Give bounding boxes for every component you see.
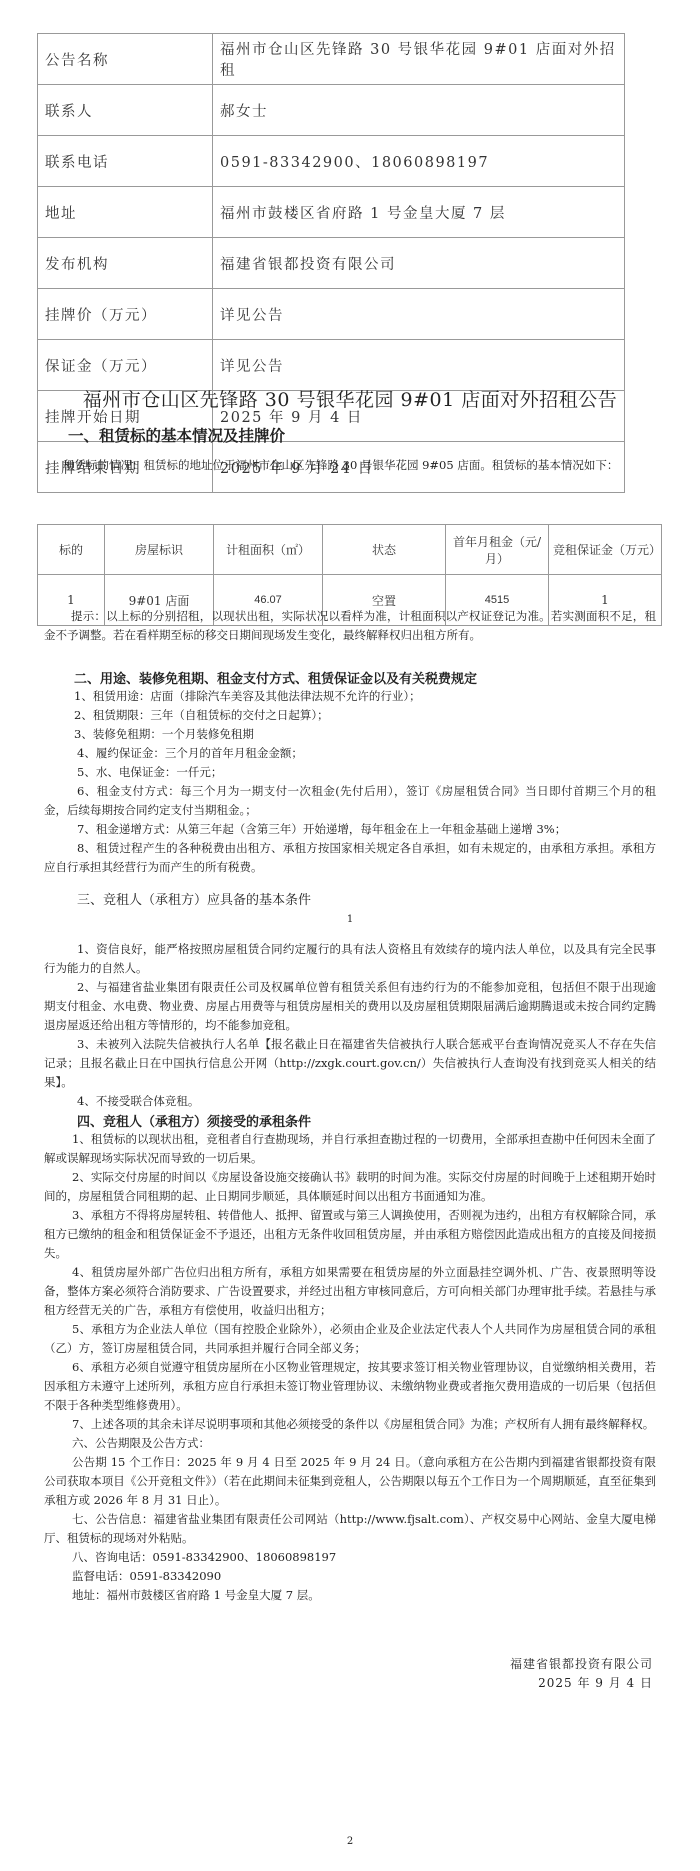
section-heading: 四、竞租人（承租方）须接受的承租条件 <box>44 1111 656 1130</box>
info-label: 联系电话 <box>38 136 213 187</box>
tip-paragraph: 提示：以上标的分别招租，以现状出租，实际状况以看样为准，计租面积以产权证登记为准… <box>44 607 656 645</box>
info-label: 地址 <box>38 187 213 238</box>
section-heading: 三、竞租人（承租方）应具备的基本条件 <box>44 889 656 908</box>
info-label: 保证金（万元） <box>38 340 213 391</box>
column-header: 状态 <box>323 525 446 575</box>
consult-phone: 八、咨询电话：0591-83342900、18060898197 <box>44 1548 656 1567</box>
column-header: 竞租保证金（万元） <box>549 525 662 575</box>
list-item: 3、未被列入法院失信被执行人名单【报名截止日在福建省失信被执行人联合惩戒平台查询… <box>44 1035 656 1092</box>
list-item: 6、租金支付方式：每三个月为一期支付一次租金(先付后用），签订《房屋租赁合同》当… <box>44 782 656 820</box>
list-item: 2、与福建省盐业集团有限责任公司及权属单位曾有租赁关系但有违约行为的不能参加竞租… <box>44 978 656 1035</box>
list-item: 2、实际交付房屋的时间以《房屋设备设施交接确认书》载明的时间为准。实际交付房屋的… <box>44 1168 656 1206</box>
info-value: 郝女士 <box>213 85 625 136</box>
list-item: 6、承租方必须自觉遵守租赁房屋所在小区物业管理规定，按其要求签订相关物业管理协议… <box>44 1358 656 1415</box>
list-item: 1、租赁用途：店面（排除汽车美容及其他法律法规不允许的行业）； <box>44 687 656 706</box>
notice-period-paragraph: 公告期 15 个工作日：2025 年 9 月 4 日至 2025 年 9 月 2… <box>44 1453 656 1510</box>
section-heading: 六、公告期限及公告方式： <box>44 1434 656 1453</box>
address-line: 地址：福州市鼓楼区省府路 1 号金皇大厦 7 层。 <box>44 1586 656 1605</box>
list-item: 3、装修免租期：一个月装修免租期 <box>44 725 656 744</box>
signature-block: 福建省银都投资有限公司 2025 年 9 月 4 日 <box>510 1655 653 1693</box>
column-header: 首年月租金（元/月） <box>446 525 549 575</box>
list-item: 2、租赁期限：三年（自租赁标的交付之日起算）； <box>44 706 656 725</box>
signature-company: 福建省银都投资有限公司 <box>510 1655 653 1674</box>
info-label: 挂牌价（万元） <box>38 289 213 340</box>
notice-info-paragraph: 七、公告信息：福建省盐业集团有限责任公司网站（http://www.fjsalt… <box>44 1510 656 1548</box>
list-item: 3、承租方不得将房屋转租、转借他人、抵押、留置或与第三人调换使用，否则视为违约，… <box>44 1206 656 1263</box>
list-item: 5、承租方为企业法人单位（国有控股企业除外），必须由企业及企业法定代表人个人共同… <box>44 1320 656 1358</box>
list-item: 8、租赁过程产生的各种税费由出租方、承租方按国家相关规定各自承担，如有未规定的，… <box>44 839 656 877</box>
info-value: 福州市仓山区先锋路 30 号银华花园 9#01 店面对外招租 <box>213 34 625 85</box>
section-1-tip: 提示：以上标的分别招租，以现状出租，实际状况以看样为准，计租面积以产权证登记为准… <box>44 607 656 645</box>
info-row: 地址福州市鼓楼区省府路 1 号金皇大厦 7 层 <box>38 187 625 238</box>
signature-date: 2025 年 9 月 4 日 <box>510 1674 653 1693</box>
info-label: 发布机构 <box>38 238 213 289</box>
column-header: 计租面积（㎡） <box>214 525 323 575</box>
info-value: 福州市鼓楼区省府路 1 号金皇大厦 7 层 <box>213 187 625 238</box>
list-item: 4、履约保证金：三个月的首年月租金金额； <box>44 744 656 763</box>
page-number: 1 <box>0 914 700 925</box>
list-item: 7、上述各项的其余未详尽说明事项和其他必须接受的条件以《房屋租赁合同》为准；产权… <box>44 1415 656 1434</box>
intro-paragraph: 租赁标的情况：租赁标的地址位于福州市仓山区先锋路 30 号银华花园 9#05 店… <box>36 456 656 475</box>
info-row: 公告名称福州市仓山区先锋路 30 号银华花园 9#01 店面对外招租 <box>38 34 625 85</box>
page-title: 福州市仓山区先锋路 30 号银华花园 9#01 店面对外招租公告 <box>0 385 700 412</box>
list-item: 5、水、电保证金：一仟元； <box>44 763 656 782</box>
info-row: 联系电话0591-83342900、18060898197 <box>38 136 625 187</box>
list-item: 4、不接受联合体竞租。 <box>44 1092 656 1111</box>
info-row: 联系人郝女士 <box>38 85 625 136</box>
section-3: 1、资信良好，能严格按照房屋租赁合同约定履行的具有法人资格且有效续存的境内法人单… <box>44 940 656 1605</box>
info-row: 发布机构福建省银都投资有限公司 <box>38 238 625 289</box>
column-header: 房屋标识 <box>105 525 214 575</box>
list-item: 1、资信良好，能严格按照房屋租赁合同约定履行的具有法人资格且有效续存的境内法人单… <box>44 940 656 978</box>
info-value: 0591-83342900、18060898197 <box>213 136 625 187</box>
supervise-phone: 监督电话：0591-83342090 <box>44 1567 656 1586</box>
table-header-row: 标的 房屋标识 计租面积（㎡） 状态 首年月租金（元/月） 竞租保证金（万元） <box>38 525 662 575</box>
section-heading: 一、租赁标的基本情况及挂牌价 <box>44 424 656 446</box>
list-item: 1、租赁标的以现状出租，竞租者自行查勘现场，并自行承担查勘过程的一切费用，全部承… <box>44 1130 656 1168</box>
info-label: 公告名称 <box>38 34 213 85</box>
column-header: 标的 <box>38 525 105 575</box>
info-value: 详见公告 <box>213 289 625 340</box>
section-heading: 二、用途、装修免租期、租金支付方式、租赁保证金以及有关税费规定 <box>44 668 656 687</box>
section-2: 二、用途、装修免租期、租金支付方式、租赁保证金以及有关税费规定 1、租赁用途：店… <box>44 668 656 908</box>
info-label: 联系人 <box>38 85 213 136</box>
info-row: 保证金（万元）详见公告 <box>38 340 625 391</box>
section-1: 一、租赁标的基本情况及挂牌价 租赁标的情况：租赁标的地址位于福州市仓山区先锋路 … <box>44 424 656 475</box>
info-value: 详见公告 <box>213 340 625 391</box>
info-value: 福建省银都投资有限公司 <box>213 238 625 289</box>
list-item: 4、租赁房屋外部广告位归出租方所有，承租方如果需要在租赁房屋的外立面悬挂空调外机… <box>44 1263 656 1320</box>
info-row: 挂牌价（万元）详见公告 <box>38 289 625 340</box>
list-item: 7、租金递增方式：从第三年起（含第三年）开始递增，每年租金在上一年租金基础上递增… <box>44 820 656 839</box>
page-number: 2 <box>0 1836 700 1847</box>
